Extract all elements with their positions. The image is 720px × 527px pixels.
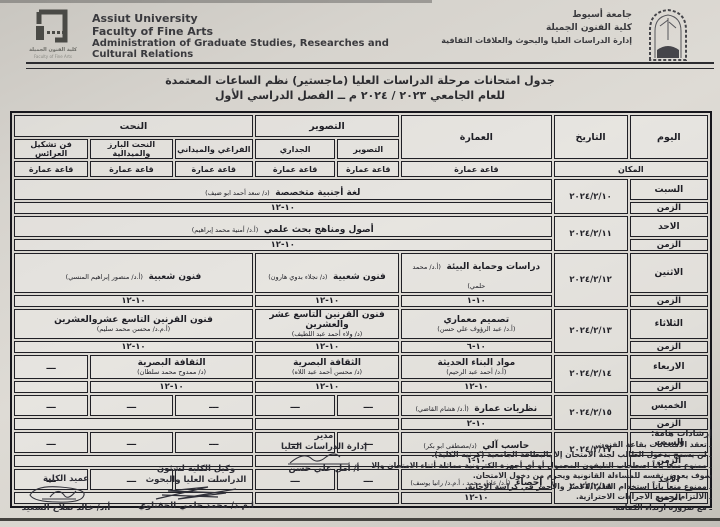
- date-cell: ٢٠٢٤/٢/١١: [554, 216, 628, 251]
- instructor-name: (د/ سعد أحمد ابو ضيف): [205, 189, 270, 197]
- day-cell: الاثنين: [630, 253, 708, 293]
- date-cell: ٢٠٢٤/٢/١٤: [554, 355, 628, 393]
- no-exam-cell: ـــ: [337, 395, 399, 416]
- instructor-name: (أ.د/ عبد الرؤوف علي حسن): [403, 326, 549, 333]
- no-exam-cell: ـــ: [90, 395, 172, 416]
- no-exam-cell: ـــ: [14, 432, 88, 453]
- signature-dean: عميد الكلية أ.د/ خالد صلاح السعيد: [2, 474, 130, 513]
- course-cell: فنون شعبية (د/ نجلاء بدوي هارون): [255, 253, 399, 293]
- time-cell: ١٠-١٢: [255, 341, 399, 353]
- header-divider: [26, 62, 714, 69]
- time-cell: ١٠-١٢: [14, 295, 253, 307]
- important-instructions: إرشادات هامة: ـ تعقد الامتحانات بقاعة ال…: [360, 429, 712, 513]
- time-cell: ١٠-١٢: [14, 202, 552, 214]
- course-cell: الثقافة البصرية (د/ ممدوح محمد سلطان): [90, 355, 253, 379]
- date-cell: ٢٠٢٤/٢/١٥: [554, 395, 628, 430]
- administration-ar: إدارة الدراسات العليا والبحوث والعلاقات …: [372, 36, 632, 45]
- instructions-list: ـ تعقد الامتحانات بقاعة الفنون. ـ لن يسم…: [360, 440, 712, 513]
- time-cell: ١٠-١٢: [14, 239, 552, 251]
- signature-vice-dean: وكيل الكلية لشئون الدراسات العليا والبحو…: [118, 464, 274, 511]
- time-cell: ١٠-١٢: [90, 381, 253, 393]
- course-name: أصول ومناهج بحث علمي: [264, 225, 374, 235]
- faculty-name-ar: كلية الفنون الجميلة: [372, 23, 632, 33]
- course-cell: دراسات وحماية البيئة (أ.د/ محمد حلمي): [401, 253, 551, 293]
- date-cell: ٢٠٢٤/٢/١٠: [554, 179, 628, 214]
- signature-director: مدير إدارة الدراسات العليا أ/ أمل علي حس…: [268, 431, 380, 474]
- time-cell: ١٠-١: [401, 295, 551, 307]
- course-name: فنون شعبية: [333, 272, 386, 282]
- course-cell: لغة أجنبية متخصصة (د/ سعد أحمد ابو ضيف): [14, 179, 552, 200]
- subcolumn-mural: الجداري: [255, 139, 335, 159]
- bottom-edge-line: [0, 518, 720, 521]
- instructor-name: (د/ نجلاء بدوي هارون): [268, 273, 327, 281]
- hall-cell: قاعة عمارة: [90, 161, 172, 177]
- course-name: دراسات وحماية البيئة: [446, 262, 540, 272]
- dean-name: أ.د/ خالد صلاح السعيد: [2, 503, 130, 513]
- time-label: الزمن: [630, 381, 708, 393]
- faculty-logo-caption-ar: كلية الفنون الجميلة: [24, 48, 82, 54]
- course-cell: فنون القرنين التاسع عشروالعشرين (أ.م.د/ …: [14, 309, 253, 339]
- university-logo: [640, 6, 696, 64]
- course-cell: تصميم معماري (أ.د/ عبد الرؤوف علي حسن): [401, 309, 551, 339]
- time-label: الزمن: [630, 295, 708, 307]
- course-name: فنون القرنين التاسع عشر والعشرين: [257, 310, 397, 331]
- day-cell: الاحد: [630, 216, 708, 237]
- instructor-name: (أ.م.د/ محسن محمد سليم): [16, 326, 251, 333]
- vice-dean-title-1: وكيل الكلية لشئون: [118, 464, 274, 475]
- instructions-title: إرشادات هامة:: [360, 429, 712, 439]
- instructor-name: (د/ ولاء أحمد عبد اللطيف): [257, 331, 397, 338]
- time-cell: ١٠-٦: [401, 341, 551, 353]
- date-cell: ٢٠٢٤/٢/١٢: [554, 253, 628, 307]
- scanned-paper: كلية الفنون الجميلة Faculty of Fine Arts…: [0, 0, 720, 527]
- instruction-item: ـ ممنوع منعاً باتاً استخدام القلم الأخضر…: [360, 482, 712, 492]
- vice-dean-name: ا.م.د/ محمد حلمي الحفناوي: [118, 501, 274, 511]
- time-cell: ١٠-١٢: [255, 295, 399, 307]
- time-cell: ١٠-١٢: [14, 341, 253, 353]
- instructor-name: (د/ ممدوح محمد سلطان): [92, 369, 251, 376]
- no-exam-cell: ـــ: [175, 395, 253, 416]
- instruction-item: ـ لن يسمح بدخول الطالب لجنة الامتحان إلا…: [360, 450, 712, 460]
- course-name: فنون شعبية: [149, 272, 202, 282]
- university-logo-icon: [640, 6, 696, 64]
- course-name: فنون القرنين التاسع عشروالعشرين: [16, 315, 251, 325]
- course-cell: نظريات عمارة (أ.د/ هشام القاضي): [401, 395, 551, 416]
- column-header-architecture: العمارة: [401, 115, 551, 159]
- director-name: أ/ أمل علي حسن: [268, 464, 380, 474]
- course-cell: الثقافة البصرية (د/ محسن أحمد عبد اللاه): [255, 355, 399, 379]
- instructor-name: (أ.د/ هشام القاضي): [415, 405, 468, 413]
- no-exam-cell: ـــ: [14, 355, 88, 379]
- instruction-item: ـ ممنوع منعاً باتاً اصطحاب التليفون المح…: [360, 461, 712, 482]
- column-header-date: التاريخ: [554, 115, 628, 159]
- course-name: نظريات عمارة: [474, 404, 537, 414]
- column-group-painting: التصوير: [255, 115, 399, 137]
- title-line-1: جدول امتحانات مرحلة الدراسات العليا (ماج…: [0, 74, 720, 89]
- faculty-logo: كلية الفنون الجميلة Faculty of Fine Arts: [24, 8, 82, 64]
- subcolumn-spatial: الفراغي والميداني: [175, 139, 253, 159]
- time-cell: ١٠-١٢: [401, 381, 551, 393]
- instruction-item: ـ الالتزام بجميع الاجراءات الاحترازية.: [360, 492, 712, 502]
- place-label: المكان: [554, 161, 708, 177]
- director-title-1: مدير: [268, 431, 380, 442]
- no-exam-cell: ـــ: [90, 432, 172, 453]
- empty-time-cell: [14, 381, 88, 393]
- director-title-2: إدارة الدراسات العليا: [268, 442, 380, 453]
- dean-signature-icon: [20, 483, 112, 505]
- day-cell: الخميس: [630, 395, 708, 416]
- course-name: لغة أجنبية متخصصة: [275, 188, 360, 198]
- faculty-logo-icon: [31, 8, 75, 48]
- time-label: الزمن: [630, 202, 708, 214]
- course-cell: فنون شعبية (أ.د/ منصور إبراهيم المنسي): [14, 253, 253, 293]
- title-line-2: للعام الجامعي ٢٠٢٣ / ٢٠٢٤ م ــ الفصل الد…: [0, 89, 720, 104]
- empty-time-cell: [14, 418, 253, 430]
- date-cell: ٢٠٢٤/٢/١٣: [554, 309, 628, 353]
- faculty-logo-caption-en: Faculty of Fine Arts: [24, 54, 82, 59]
- instruction-item: ـ مع ضرورة ارتداء الكمامة.: [360, 503, 712, 513]
- column-group-sculpture: النحت: [14, 115, 253, 137]
- instructor-name: (د/ محسن أحمد عبد اللاه): [257, 369, 397, 376]
- no-exam-cell: ـــ: [14, 395, 88, 416]
- course-cell: فنون القرنين التاسع عشر والعشرين (د/ ولا…: [255, 309, 399, 339]
- day-cell: الاربعاء: [630, 355, 708, 379]
- day-cell: الثلاثاء: [630, 309, 708, 339]
- subcolumn-puppet: فن تشكيل العرائس: [14, 139, 88, 159]
- header-arabic: جامعة أسيوط كلية الفنون الجميلة إدارة ال…: [372, 10, 632, 45]
- instruction-item: ـ تعقد الامتحانات بقاعة الفنون.: [360, 440, 712, 450]
- vice-dean-title-2: الدراسات العليا والبحوث: [118, 475, 274, 486]
- time-label: الزمن: [630, 341, 708, 353]
- hall-cell: قاعة عمارة: [175, 161, 253, 177]
- time-cell: ١٠-١٢: [255, 381, 399, 393]
- column-header-day: اليوم: [630, 115, 708, 159]
- document-title: جدول امتحانات مرحلة الدراسات العليا (ماج…: [0, 74, 720, 104]
- hall-cell: قاعة عمارة: [255, 161, 335, 177]
- instructor-name: (أ.د/ منصور إبراهيم المنسي): [66, 273, 143, 281]
- no-exam-cell: ـــ: [175, 432, 253, 453]
- instructor-name: (أ.د/ أحمد عبد الرحيم): [403, 369, 549, 376]
- subcolumn-relief: النحت البارز والميدالية: [90, 139, 172, 159]
- course-name: تصميم معماري: [403, 315, 549, 325]
- day-cell: السبت: [630, 179, 708, 200]
- course-cell: مواد البناء الحديثة (أ.د/ أحمد عبد الرحي…: [401, 355, 551, 379]
- time-label: الزمن: [630, 239, 708, 251]
- no-exam-cell: ـــ: [255, 395, 335, 416]
- course-cell: أصول ومناهج بحث علمي (أ.د/ أمنية محمد إب…: [14, 216, 552, 237]
- hall-cell: قاعة عمارة: [401, 161, 551, 177]
- university-name-ar: جامعة أسيوط: [372, 10, 632, 20]
- hall-cell: قاعة عمارة: [14, 161, 88, 177]
- vice-dean-signature-icon: [148, 483, 244, 503]
- instructor-name: (أ.د/ أمنية محمد إبراهيم): [192, 226, 259, 234]
- hall-cell: قاعة عمارة: [337, 161, 399, 177]
- subcolumn-painting: التصوير: [337, 139, 399, 159]
